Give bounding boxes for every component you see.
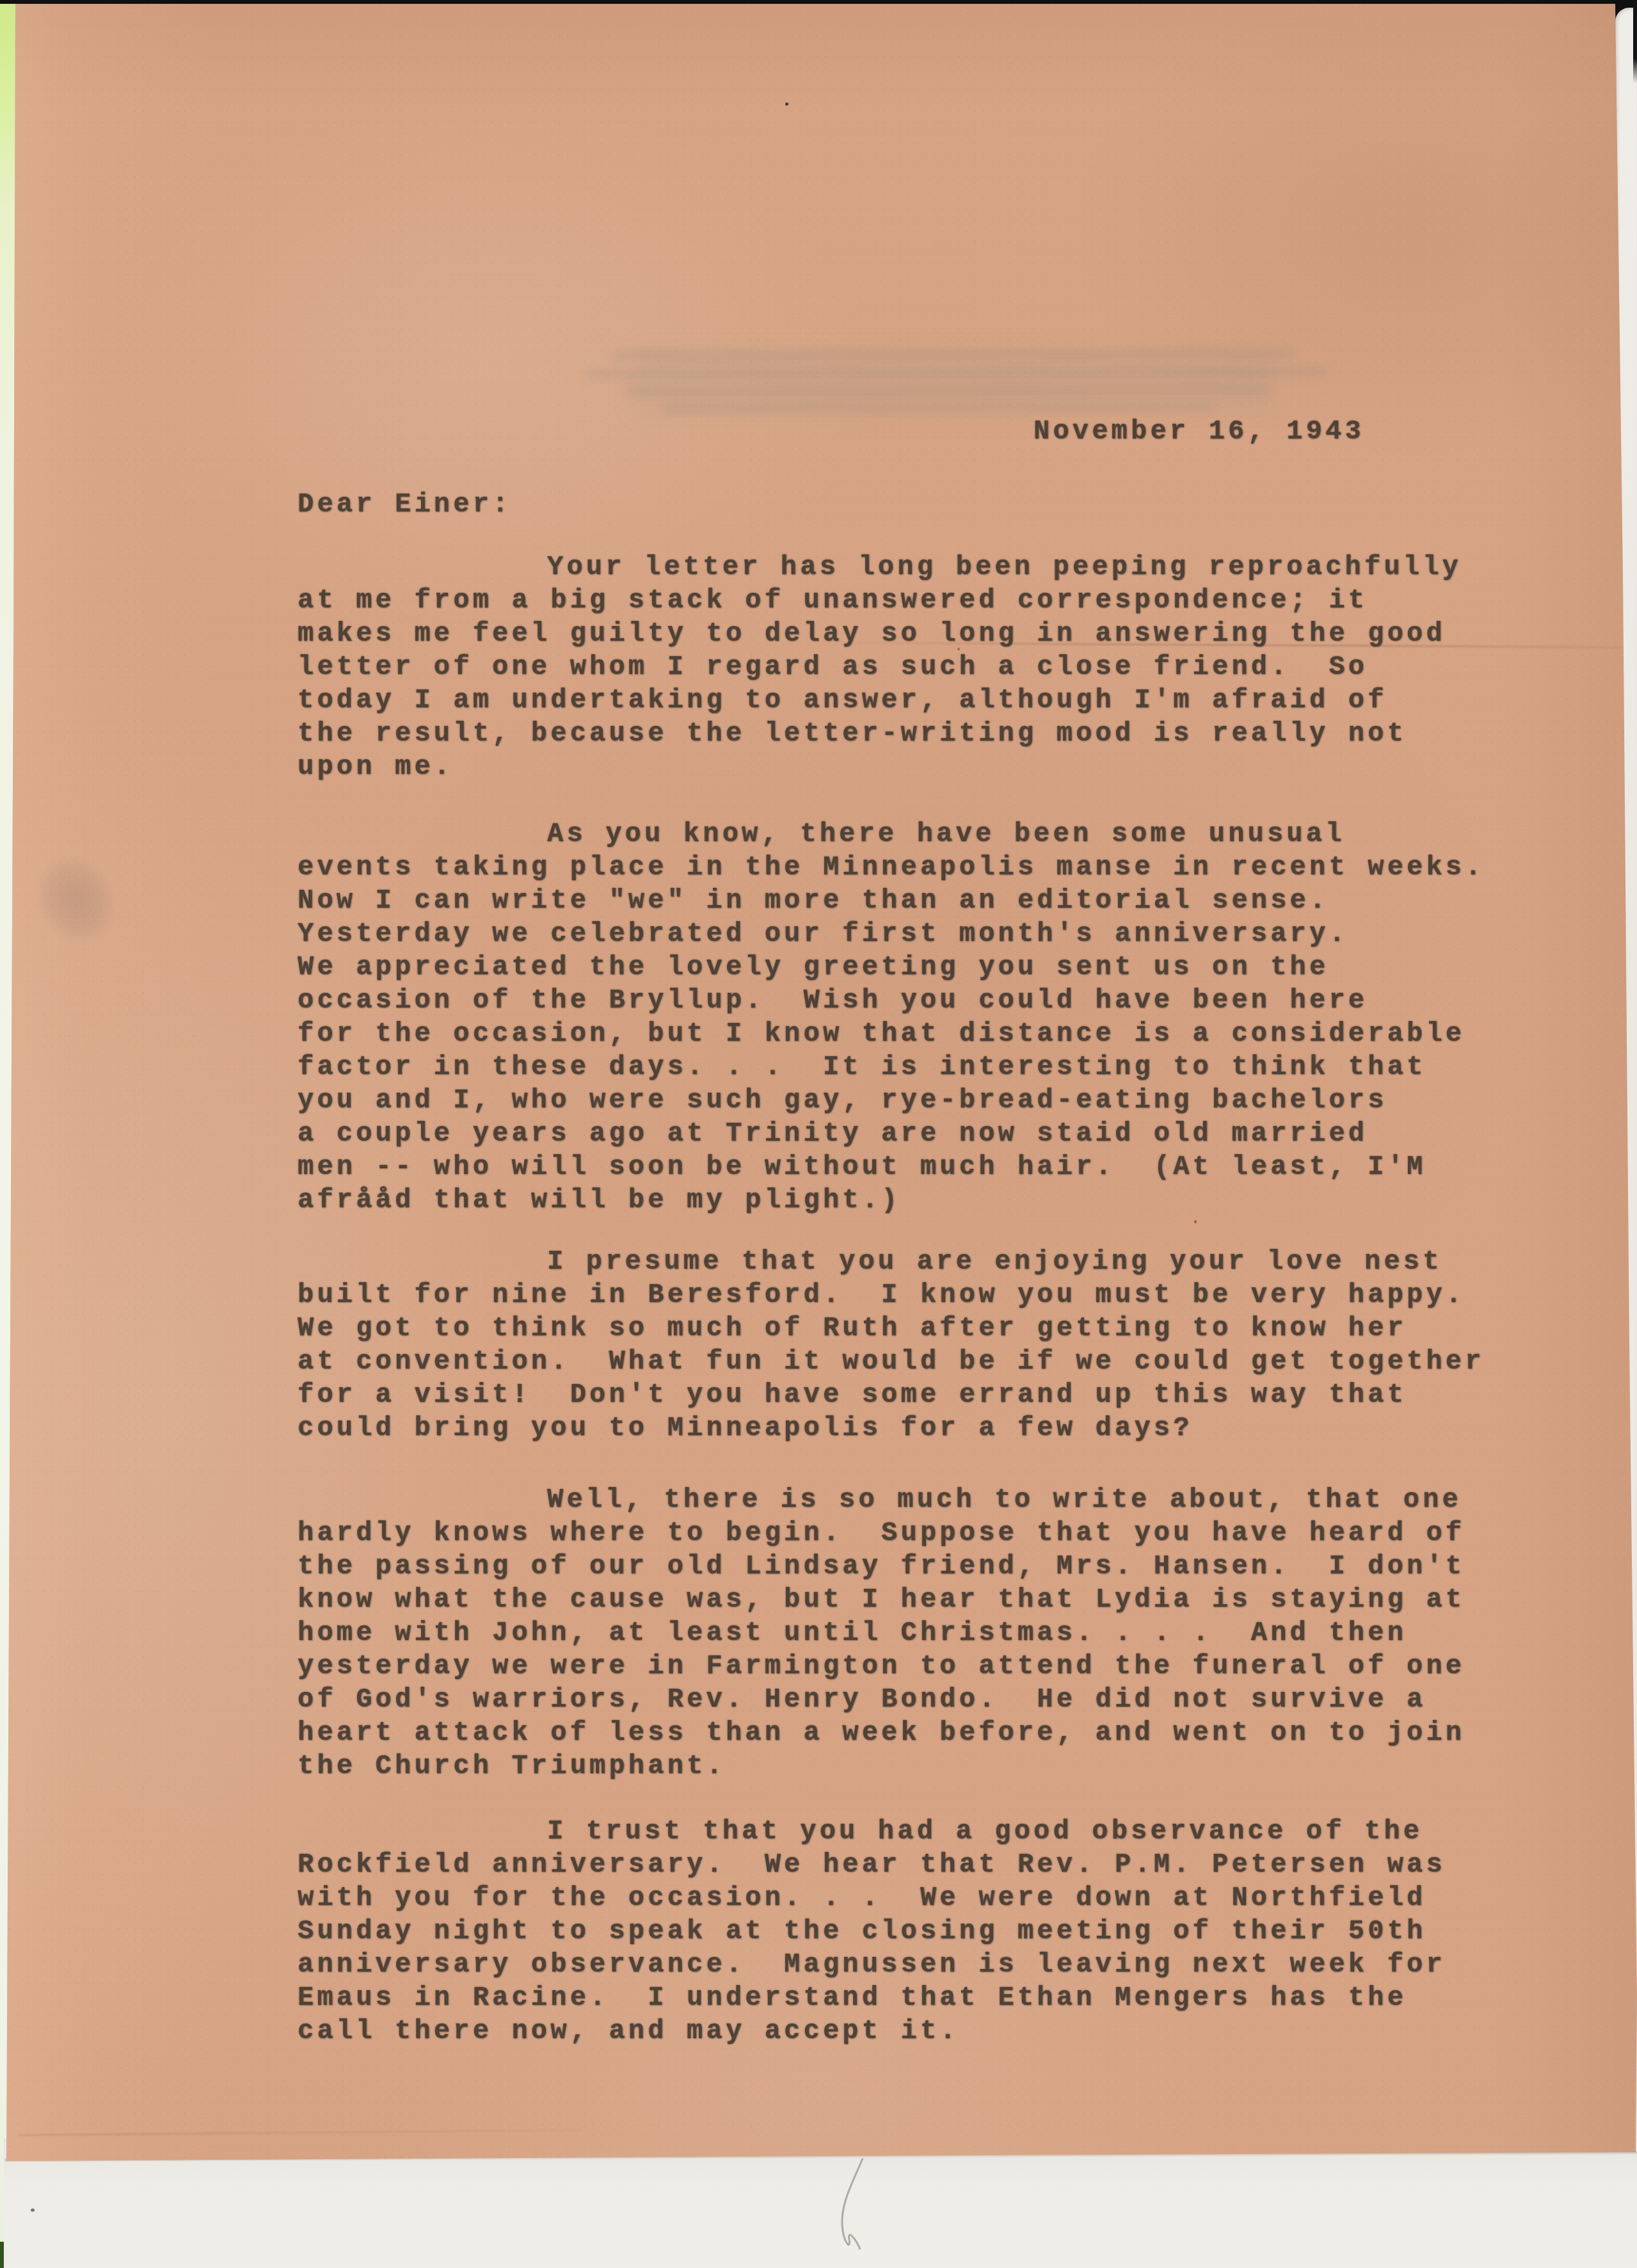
paper-crease	[19, 2129, 582, 2136]
letter-paragraph-2: As you know, there have been some unusua…	[298, 817, 1577, 1217]
dust-speck	[31, 2208, 35, 2212]
typewritten-line: factor in these days. . . It is interest…	[298, 1050, 1577, 1084]
typewritten-line: makes me feel guilty to delay so long in…	[298, 617, 1577, 650]
letter-paragraph-3: I presume that you are enjoying your lov…	[298, 1245, 1577, 1445]
typewritten-line: upon me.	[298, 750, 1577, 784]
dust-speck	[1194, 1220, 1197, 1223]
letter-salutation: Dear Einer:	[298, 488, 511, 521]
typewritten-line: hardly knows where to begin. Suppose tha…	[298, 1516, 1577, 1550]
typewritten-line: call there now, and may accept it.	[298, 2015, 1577, 2048]
ghost-text-line	[624, 384, 1270, 397]
typewritten-line: for a visit! Don't you have some errand …	[298, 1378, 1577, 1411]
letter-paragraph-1: Your letter has long been peeping reproa…	[298, 551, 1577, 784]
pencil-squiggle-mark	[819, 2150, 902, 2268]
typewritten-line: We appreciated the lovely greeting you s…	[298, 951, 1577, 984]
typewritten-line: Well, there is so much to write about, t…	[298, 1483, 1577, 1516]
typewritten-line: built for nine in Beresford. I know you …	[298, 1278, 1577, 1312]
typewritten-line: men -- who will soon be without much hai…	[298, 1150, 1577, 1184]
typewritten-line: Your letter has long been peeping reproa…	[298, 551, 1577, 584]
pencil-smudge	[2, 822, 149, 977]
typewritten-line: afrååd that will be my plight.)	[298, 1184, 1577, 1217]
typewritten-line: at convention. What fun it would be if w…	[298, 1345, 1577, 1378]
typewritten-line: home with John, at least until Christmas…	[298, 1616, 1577, 1650]
typewritten-line: the result, because the letter-writing m…	[298, 717, 1577, 750]
typewritten-line: events taking place in the Minneapolis m…	[298, 851, 1577, 884]
typewritten-line: could bring you to Minneapolis for a few…	[298, 1411, 1577, 1445]
typewritten-line: anniversary observance. Magnussen is lea…	[298, 1948, 1577, 1981]
scanned-letter-page: November 16, 1943 Dear Einer: Your lette…	[0, 0, 1637, 2268]
letter-paragraph-4: Well, there is so much to write about, t…	[298, 1483, 1577, 1783]
letter-date: November 16, 1943	[1034, 415, 1364, 448]
typewritten-line: Rockfield anniversary. We hear that Rev.…	[298, 1848, 1577, 1881]
typewritten-line: I trust that you had a good observance o…	[298, 1815, 1577, 1848]
typewritten-line: the passing of our old Lindsay friend, M…	[298, 1550, 1577, 1583]
typewritten-line: of God's warriors, Rev. Henry Bondo. He …	[298, 1683, 1577, 1716]
ghost-text-line	[611, 348, 1296, 361]
typewritten-line: Now I can write "we" in more than an edi…	[298, 884, 1577, 917]
typewritten-line: yesterday we were in Farmington to atten…	[298, 1650, 1577, 1683]
typewritten-line: a couple years ago at Trinity are now st…	[298, 1117, 1577, 1150]
ghost-text-haze	[634, 350, 1274, 415]
letter-paragraph-5: I trust that you had a good observance o…	[298, 1815, 1577, 2048]
typewritten-line: occasion of the Bryllup. Wish you could …	[298, 984, 1577, 1017]
typewritten-line: with you for the occasion. . . We were d…	[298, 1881, 1577, 1915]
typewritten-line: letter of one whom I regard as such a cl…	[298, 650, 1577, 684]
typewritten-line: I presume that you are enjoying your lov…	[298, 1245, 1577, 1278]
scanner-bed-right-sliver	[1633, 0, 1637, 83]
ghost-text-line	[586, 366, 1328, 380]
typewritten-line: for the occasion, but I know that distan…	[298, 1017, 1577, 1050]
typewritten-line: Sunday night to speak at the closing mee…	[298, 1915, 1577, 1948]
typewritten-line: heart attack of less than a week before,…	[298, 1716, 1577, 1749]
typewritten-line: the Church Triumphant.	[298, 1749, 1577, 1783]
typewritten-line: know what the cause was, but I hear that…	[298, 1583, 1577, 1616]
typewritten-line: you and I, who were such gay, rye-bread-…	[298, 1084, 1577, 1117]
typewritten-line: Yesterday we celebrated our first month'…	[298, 917, 1577, 951]
typewritten-line: at me from a big stack of unanswered cor…	[298, 584, 1577, 617]
typewritten-line: Emaus in Racine. I understand that Ethan…	[298, 1981, 1577, 2015]
typewritten-line: We got to think so much of Ruth after ge…	[298, 1312, 1577, 1345]
ghost-text-line	[662, 401, 1213, 413]
typewritten-line: today I am undertaking to answer, althou…	[298, 684, 1577, 717]
dust-speck	[785, 102, 788, 106]
typewritten-line: As you know, there have been some unusua…	[298, 817, 1577, 851]
